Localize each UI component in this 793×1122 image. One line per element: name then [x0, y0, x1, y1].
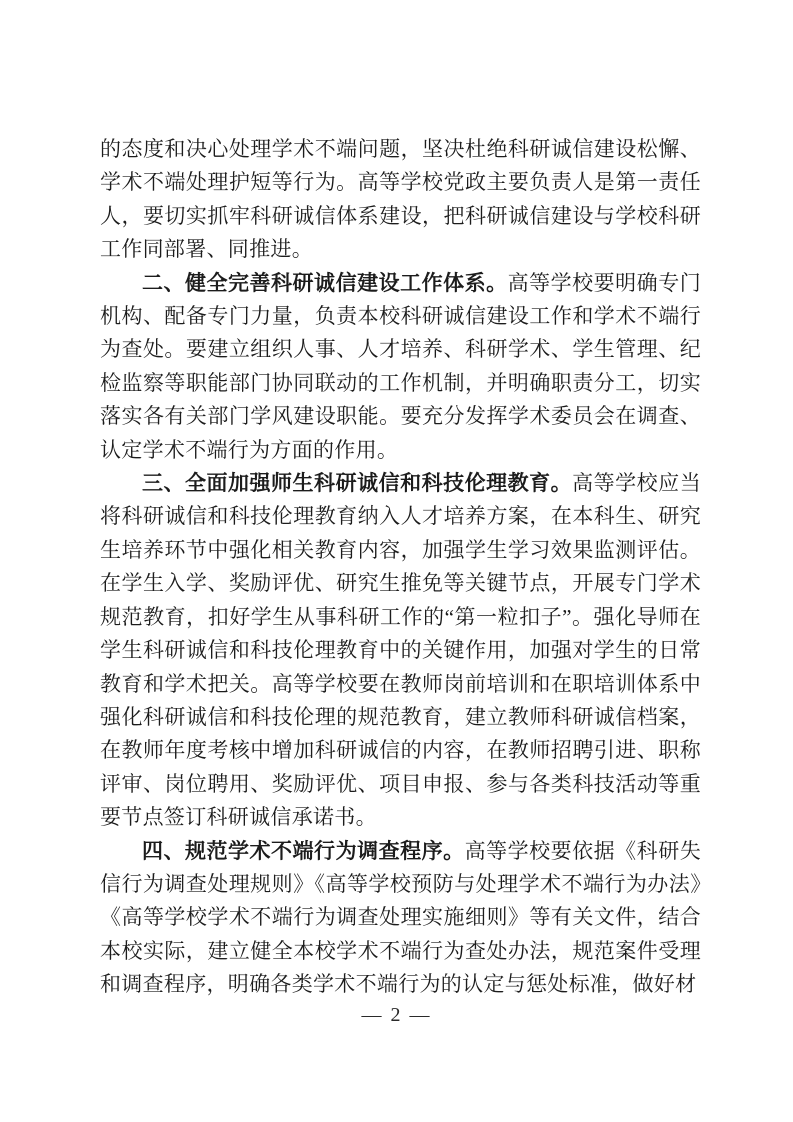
page-number: — 2 — — [0, 1000, 793, 1030]
section-heading: 二、健全完善科研诚信建设工作体系。 — [142, 272, 508, 295]
paragraph-text: 的态度和决心处理学术不端问题，坚决杜绝科研诚信建设松懈、学术不端处理护短等行为。… — [100, 137, 701, 261]
paragraph-section-2: 二、健全完善科研诚信建设工作体系。高等学校要明确专门机构、配备专门力量，负责本校… — [100, 267, 701, 467]
section-heading: 三、全面加强师生科研诚信和科技伦理教育。 — [142, 472, 572, 495]
paragraph-section-3: 三、全面加强师生科研诚信和科技伦理教育。高等学校应当将科研诚信和科技伦理教育纳入… — [100, 467, 701, 834]
section-heading: 四、规范学术不端行为调查程序。 — [142, 840, 465, 863]
paragraph-continuation: 的态度和决心处理学术不端问题，坚决杜绝科研诚信建设松懈、学术不端处理护短等行为。… — [100, 133, 701, 267]
paragraph-section-4: 四、规范学术不端行为调查程序。高等学校要依据《科研失信行为调查处理规则》《高等学… — [100, 835, 701, 1002]
paragraph-text: 高等学校应当将科研诚信和科技伦理教育纳入人才培养方案，在本科生、研究生培养环节中… — [100, 471, 701, 829]
paragraph-text: 高等学校要明确专门机构、配备专门力量，负责本校科研诚信建设工作和学术不端行为查处… — [100, 271, 701, 462]
document-body: 的态度和决心处理学术不端问题，坚决杜绝科研诚信建设松懈、学术不端处理护短等行为。… — [100, 133, 701, 1002]
document-page: 的态度和决心处理学术不端问题，坚决杜绝科研诚信建设松懈、学术不端处理护短等行为。… — [0, 0, 793, 1122]
